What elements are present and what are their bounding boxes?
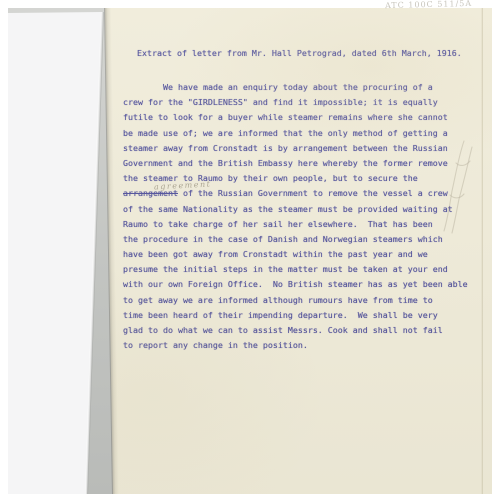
- letter-line: have been got away from Cronstadt within…: [123, 247, 483, 262]
- letter-line: be made use of; we are informed that the…: [123, 126, 483, 141]
- letter-line: the procedure in the case of Danish and …: [123, 232, 483, 247]
- letter-line: steamer away from Cronstadt is by arrang…: [123, 141, 483, 156]
- page-right-edge: [481, 8, 483, 494]
- photo-area: Extract of letter from Mr. Hall Petrogra…: [8, 8, 492, 494]
- letter-line: of the same Nationality as the steamer m…: [123, 202, 483, 217]
- letter-line: futile to look for a buyer while steamer…: [123, 110, 483, 125]
- letter-line: to report any change in the position.: [123, 338, 483, 353]
- letter-line: with our own Foreign Office. No British …: [123, 277, 483, 292]
- scanned-letter-screenshot: { "page": { "archive_reference": "ATC 10…: [0, 0, 500, 503]
- letter-line: time been heard of their impending depar…: [123, 308, 483, 323]
- letter-line: presume the initial steps in the matter …: [123, 262, 483, 277]
- letter-line: crew for the "GIRDLENESS" and find it im…: [123, 95, 483, 110]
- letter-line: Raumo to take charge of her sail her els…: [123, 217, 483, 232]
- letter-line: glad to do what we can to assist Messrs.…: [123, 323, 483, 338]
- letter-line: We have made an enquiry today about the …: [123, 80, 483, 95]
- letter-title: Extract of letter from Mr. Hall Petrogra…: [137, 48, 462, 58]
- letter-body: We have made an enquiry today about the …: [123, 80, 483, 353]
- letter-line: Government and the British Embassy here …: [123, 156, 483, 171]
- letter-line: to get away we are informed although rum…: [123, 293, 483, 308]
